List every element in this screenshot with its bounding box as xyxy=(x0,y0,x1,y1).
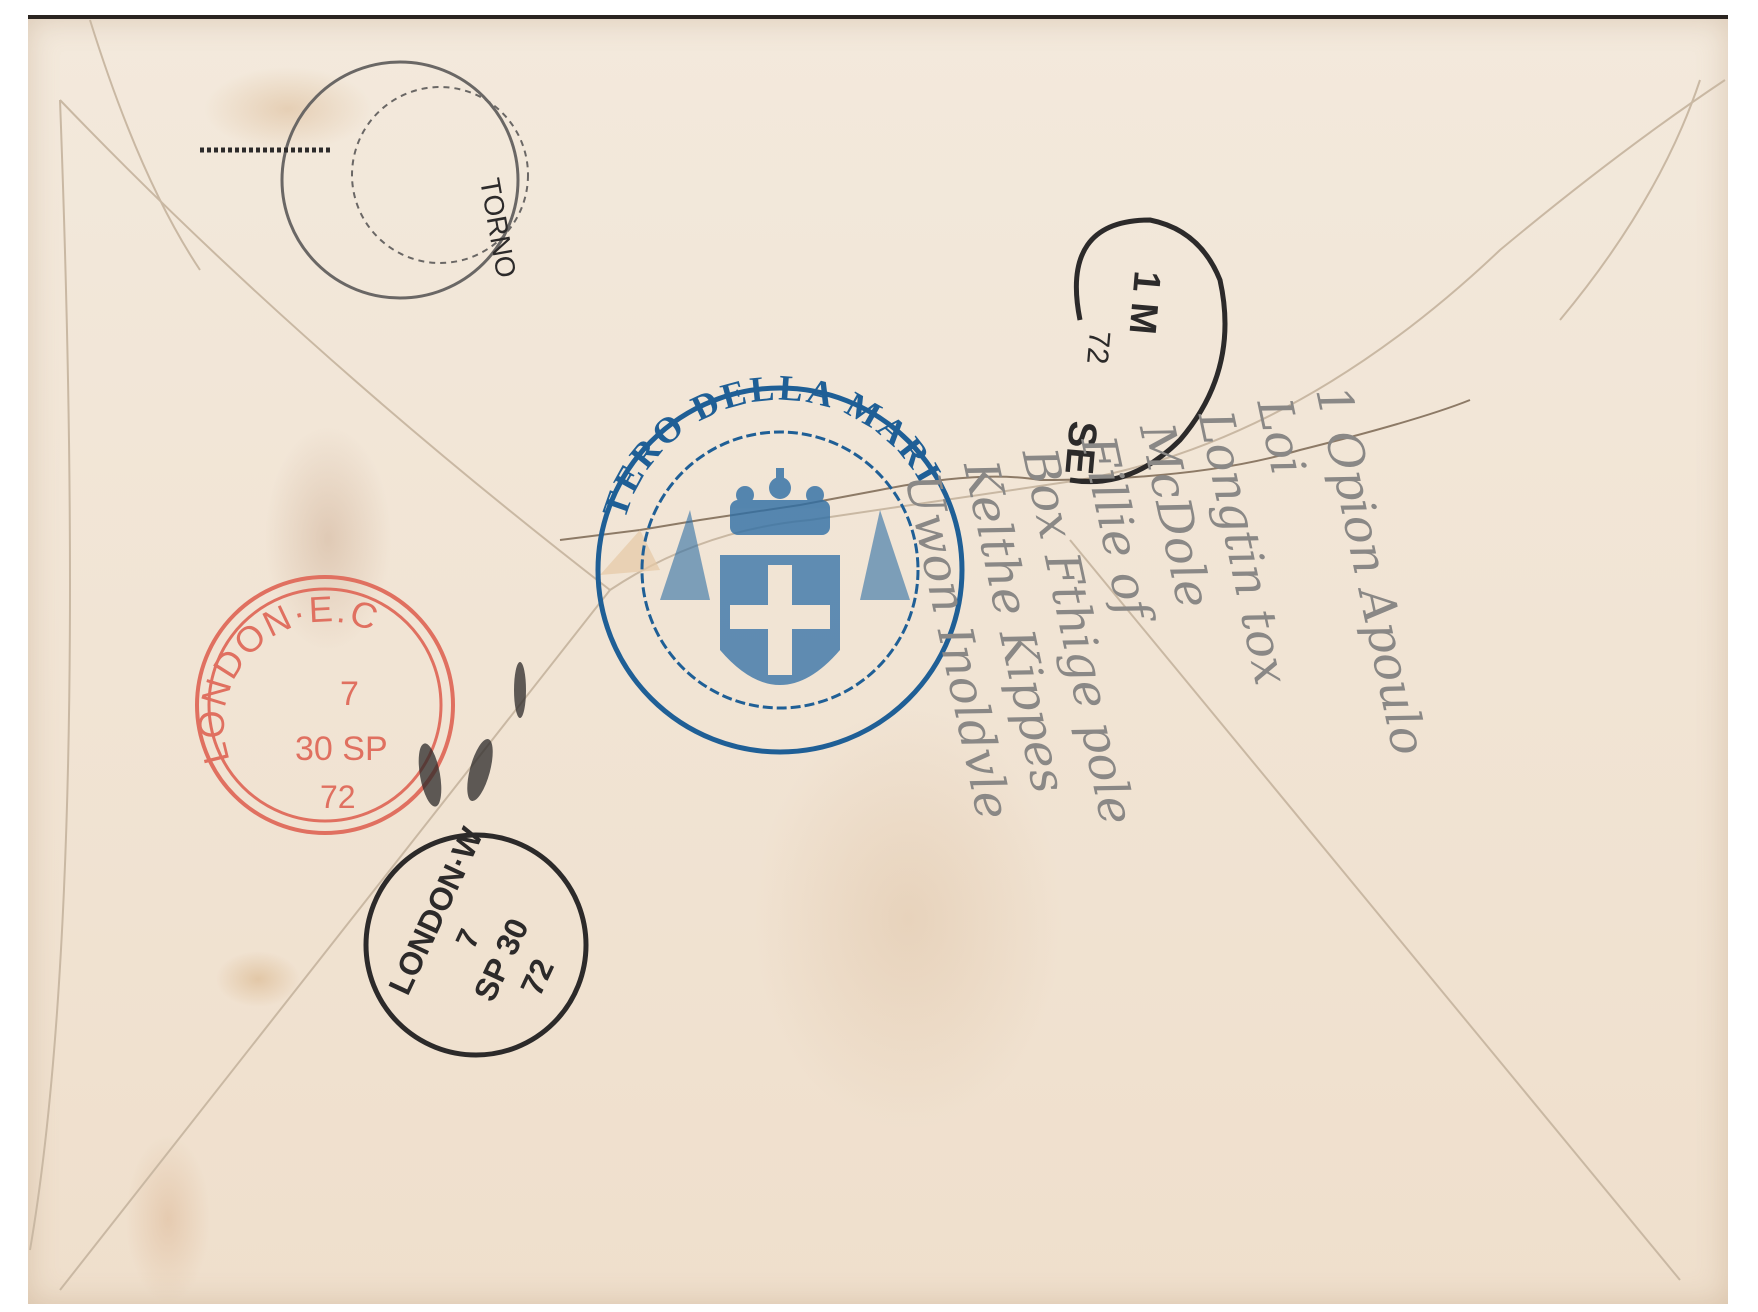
crown-icon xyxy=(730,468,830,535)
pencil-notes: 1 Opion Apoulo Loi Longtin tox McDole Fi… xyxy=(893,380,1438,855)
ink-smudges xyxy=(415,662,526,808)
envelope-markings: TORNO 1 M 72 SE TERO DELLA MARI xyxy=(0,0,1758,1312)
svg-text:7: 7 xyxy=(340,675,359,713)
svg-text:1 Opion Apoulo: 1 Opion Apoulo xyxy=(1304,381,1437,760)
red-london-postmark: LONDON·E.C 7 30 SP 72 xyxy=(191,577,453,833)
svg-text:1 M: 1 M xyxy=(1121,269,1168,336)
grey-postmark: TORNO xyxy=(200,62,528,298)
svg-text:72: 72 xyxy=(1080,329,1116,365)
cross-shield-icon xyxy=(720,555,840,685)
svg-text:Loi: Loi xyxy=(1245,392,1316,479)
flap-folds xyxy=(30,20,1725,1290)
svg-text:30 SP: 30 SP xyxy=(295,730,388,768)
svg-text:LONDON·W: LONDON·W xyxy=(381,821,490,1000)
svg-text:72: 72 xyxy=(320,779,356,815)
svg-text:7: 7 xyxy=(450,924,487,953)
